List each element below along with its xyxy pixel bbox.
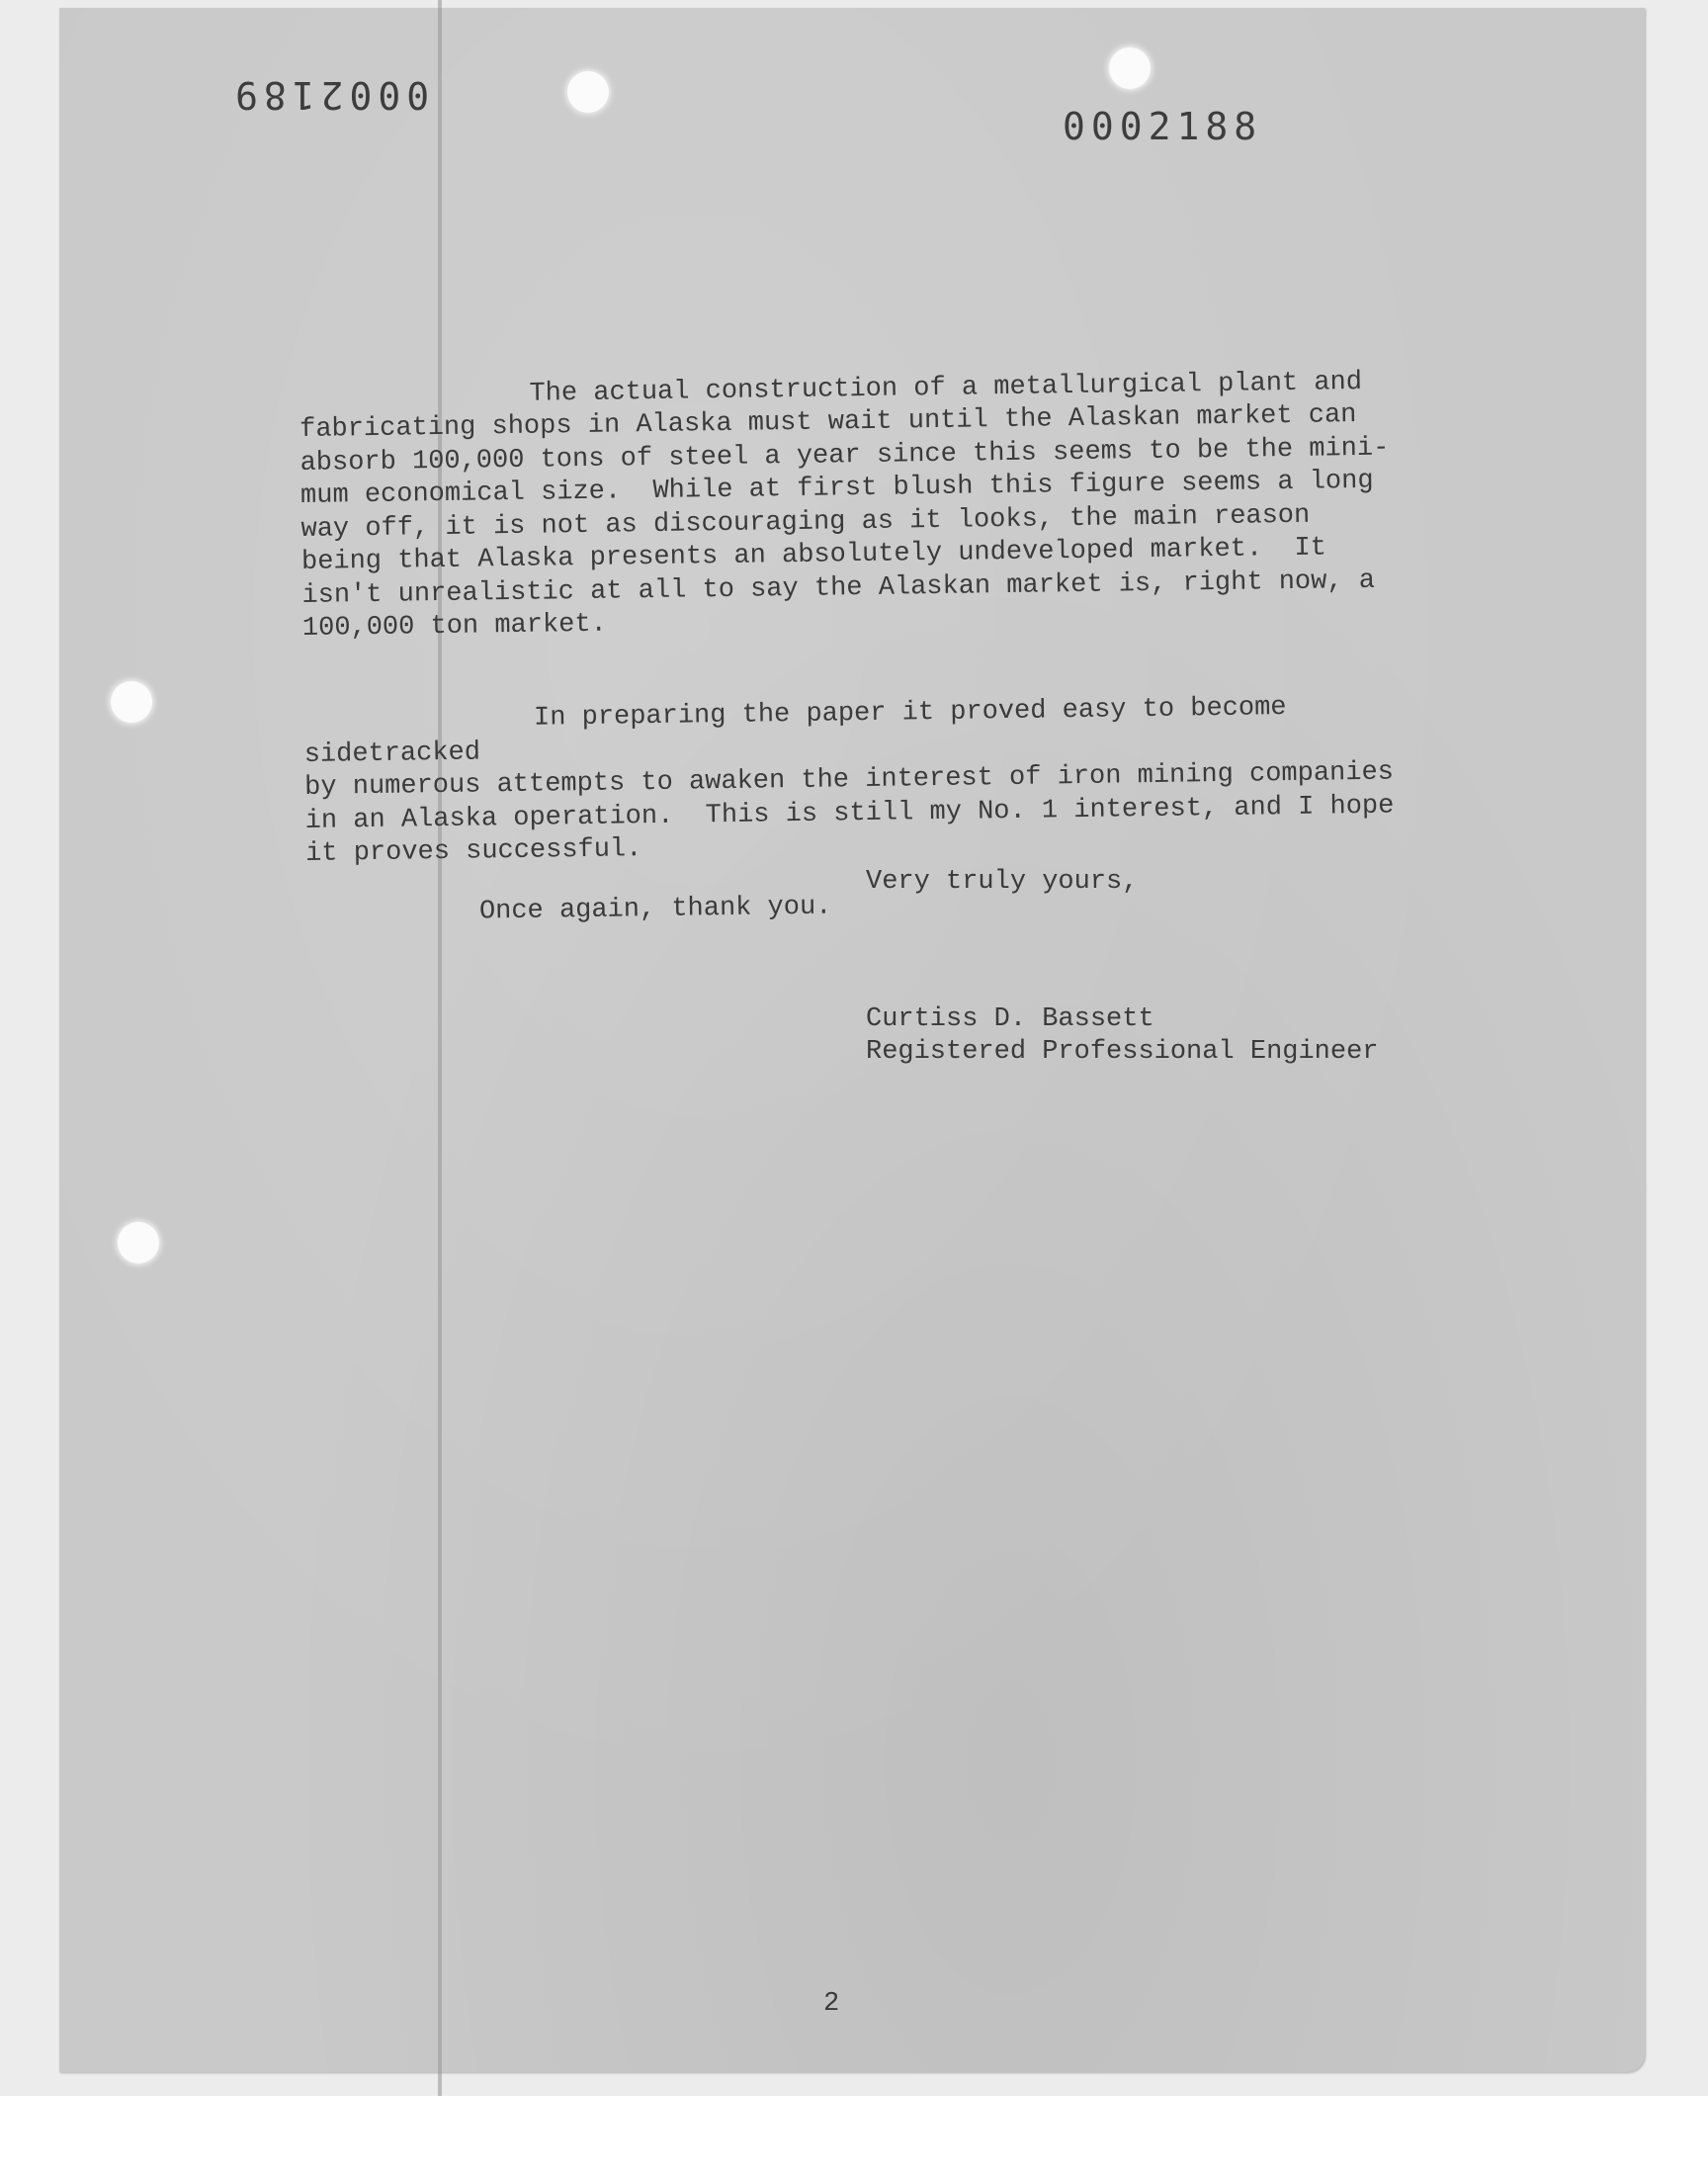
signer-title: Registered Professional Engineer <box>866 1036 1378 1069</box>
document-number-stamp-inverted: 0002189 <box>229 73 429 117</box>
paragraph-1: The actual construction of a metallurgic… <box>299 332 1449 647</box>
paper-page <box>59 8 1645 2072</box>
page-number: 2 <box>823 1989 839 2019</box>
vertical-scan-line <box>438 0 442 2096</box>
signer-name: Curtiss D. Bassett <box>866 1003 1378 1036</box>
punch-hole-top-right <box>1109 47 1151 89</box>
punch-hole-top-left <box>567 71 609 113</box>
paragraph-2: In preparing the paper it proved easy to… <box>303 656 1453 871</box>
punch-hole-left-upper <box>111 681 152 723</box>
signature-block: Curtiss D. Bassett Registered Profession… <box>866 1003 1378 1069</box>
stamp-number: 0002188 <box>1063 105 1262 148</box>
paragraph-line: it proves successful. <box>305 834 642 869</box>
punch-hole-left-lower <box>118 1222 159 1263</box>
valediction: Very truly yours, <box>866 866 1138 899</box>
paragraph-line: 100,000 ton market. <box>302 610 607 644</box>
paragraph-line: In preparing the paper it proved easy to… <box>304 693 1303 770</box>
letter-body: The actual construction of a metallurgic… <box>299 332 1454 958</box>
document-number-stamp: 0002188 <box>1063 105 1262 148</box>
